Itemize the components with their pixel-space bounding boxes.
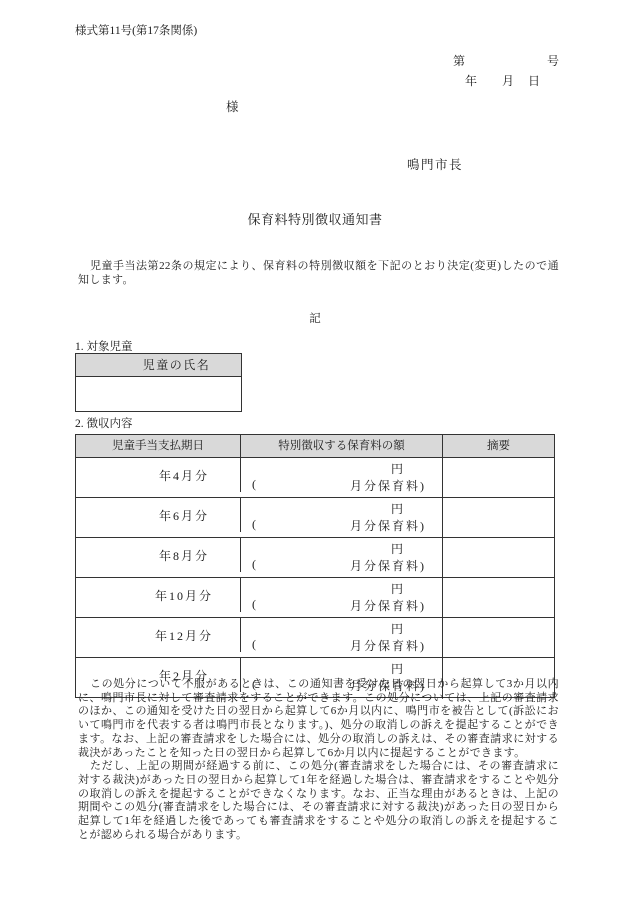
header-payment-period: 児童手当支払期日	[76, 435, 241, 457]
remarks-cell	[443, 618, 554, 652]
table-row: 年12月分 円 ( 月分保育料)	[76, 618, 554, 658]
period-cell: 年4月分	[76, 458, 241, 492]
intro-paragraph: 児童手当法第22条の規定により、保育料の特別徴収額を下記のとおり決定(変更)した…	[78, 260, 559, 287]
document-page: 様式第11号(第17条関係) 第 号 年 月 日 様 鳴門市長 保育料特別徴収通…	[0, 0, 630, 903]
period-cell: 年6月分	[76, 498, 241, 532]
appeal-paragraph-2: ただし、上記の期間が経過する前に、この処分(審査請求をした場合には、その審査請求…	[78, 760, 559, 842]
amount-paren-line: ( 月分保育料)	[241, 477, 442, 494]
section1-label: 1. 対象児童	[75, 338, 133, 354]
sender-name: 鳴門市長	[407, 155, 463, 173]
amount-unit-label: 円	[241, 460, 442, 477]
month-fee-label: 月分保育料)	[350, 597, 426, 614]
collection-table: 児童手当支払期日 特別徴収する保育料の額 摘要 年4月分 円 ( 月分保育料) …	[75, 434, 555, 698]
amount-unit-label: 円	[241, 500, 442, 517]
amount-cell: 円 ( 月分保育料)	[241, 618, 443, 657]
appeal-notice: この処分について不服があるときは、この通知書を受けた日の翌日から起算して3か月以…	[78, 678, 559, 842]
doc-number-suffix: 号	[547, 52, 559, 69]
month-fee-label: 月分保育料)	[350, 637, 426, 654]
document-title: 保育料特別徴収通知書	[75, 209, 555, 228]
date-day-label: 日	[528, 72, 540, 89]
doc-number-prefix: 第	[453, 52, 465, 69]
amount-paren-line: ( 月分保育料)	[241, 557, 442, 574]
section2-label: 2. 徴収内容	[75, 415, 133, 431]
ki-marker: 記	[75, 310, 555, 326]
amount-cell: 円 ( 月分保育料)	[241, 578, 443, 617]
period-cell: 年10月分	[76, 578, 241, 612]
paren-open: (	[252, 557, 258, 574]
collection-table-header-row: 児童手当支払期日 特別徴収する保育料の額 摘要	[76, 435, 554, 458]
table-row: 年4月分 円 ( 月分保育料)	[76, 458, 554, 498]
amount-unit-label: 円	[241, 620, 442, 637]
paren-open: (	[252, 517, 258, 534]
amount-cell: 円 ( 月分保育料)	[241, 498, 443, 537]
amount-unit-label: 円	[241, 540, 442, 557]
remarks-cell	[443, 458, 554, 492]
amount-unit-label: 円	[241, 580, 442, 597]
date-year-label: 年	[465, 72, 477, 89]
header-remarks: 摘要	[443, 435, 554, 457]
appeal-paragraph-1: この処分について不服があるときは、この通知書を受けた日の翌日から起算して3か月以…	[78, 678, 559, 760]
child-name-blank-cell	[76, 377, 241, 411]
amount-paren-line: ( 月分保育料)	[241, 597, 442, 614]
remarks-cell	[443, 578, 554, 612]
header-collection-amount: 特別徴収する保育料の額	[241, 435, 443, 457]
form-number: 様式第11号(第17条関係)	[75, 22, 197, 38]
table-row: 年6月分 円 ( 月分保育料)	[76, 498, 554, 538]
remarks-cell	[443, 498, 554, 532]
period-cell: 年12月分	[76, 618, 241, 652]
amount-unit-label: 円	[241, 660, 442, 677]
month-fee-label: 月分保育料)	[350, 557, 426, 574]
amount-cell: 円 ( 月分保育料)	[241, 458, 443, 497]
paren-open: (	[252, 637, 258, 654]
child-name-table: 児童の氏名	[75, 353, 242, 412]
paren-open: (	[252, 477, 258, 494]
month-fee-label: 月分保育料)	[350, 517, 426, 534]
table-row: 年8月分 円 ( 月分保育料)	[76, 538, 554, 578]
table-row: 年10月分 円 ( 月分保育料)	[76, 578, 554, 618]
child-name-header: 児童の氏名	[76, 354, 241, 377]
amount-cell: 円 ( 月分保育料)	[241, 538, 443, 577]
amount-paren-line: ( 月分保育料)	[241, 637, 442, 654]
remarks-cell	[443, 538, 554, 572]
period-cell: 年8月分	[76, 538, 241, 572]
paren-open: (	[252, 597, 258, 614]
month-fee-label: 月分保育料)	[350, 477, 426, 494]
amount-paren-line: ( 月分保育料)	[241, 517, 442, 534]
date-month-label: 月	[502, 72, 514, 89]
addressee-suffix: 様	[226, 97, 239, 115]
